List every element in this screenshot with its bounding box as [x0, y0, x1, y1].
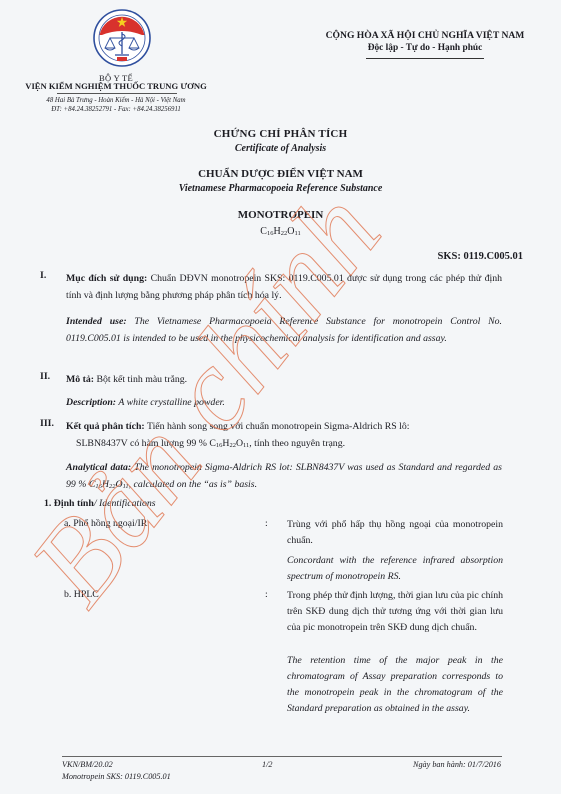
description-vi: Mô tả: Bột kết tinh màu trắng.: [66, 371, 502, 388]
institute-logo-icon: [92, 8, 152, 70]
section-number: II.: [40, 371, 50, 382]
ir-test-label: a. Phổ hồng ngoại/IR: [64, 518, 147, 529]
nation-name: CỘNG HÒA XÃ HỘI CHỦ NGHĨA VIỆT NAM: [290, 30, 560, 41]
document-reference: Monotropein SKS: 0119.C005.01: [62, 772, 171, 781]
identifications-heading: 1. Định tính/ Identifications: [44, 495, 156, 512]
page-number: 1/2: [262, 760, 272, 769]
institute-divider: [57, 93, 177, 94]
hplc-test-label: b. HPLC: [64, 589, 99, 600]
issue-date: Ngày ban hành: 01/7/2016: [413, 760, 501, 769]
intended-use-en: Intended use: The Vietnamese Pharmacopoe…: [66, 313, 502, 347]
section-number: I.: [40, 270, 46, 281]
description-en: Description: A white crystalline powder.: [66, 394, 502, 411]
institute-address: 48 Hai Bà Trưng - Hoàn Kiếm - Hà Nội - V…: [0, 97, 232, 104]
footer-divider: [62, 756, 502, 757]
substance-type-en: Vietnamese Pharmacopoeia Reference Subst…: [0, 183, 561, 194]
analysis-result-vi: Kết quả phân tích: Tiến hành song song v…: [66, 418, 506, 435]
certificate-page: BỘ Y TẾ VIỆN KIỂM NGHIỆM THUỐC TRUNG ƯƠN…: [0, 0, 561, 794]
intended-use-vi: Mục đích sử dụng: Chuẩn DĐVN monotropein…: [66, 270, 502, 304]
hplc-test-colon: :: [265, 589, 268, 600]
institute-name: VIỆN KIỂM NGHIỆM THUỐC TRUNG ƯƠNG: [0, 81, 232, 91]
analysis-result-vi-cont: SLBN8437V có hàm lượng 99 % C16H22O11, t…: [76, 435, 506, 452]
ir-test-colon: :: [265, 518, 268, 529]
motto-underline: [366, 58, 484, 59]
substance-type: CHUẨN DƯỢC ĐIỂN VIỆT NAM: [0, 168, 561, 180]
control-number: SKS: 0119.C005.01: [438, 251, 523, 262]
section-number: III.: [40, 418, 54, 429]
ir-result-en: Concordant with the reference infrared a…: [287, 553, 503, 585]
document-title-en: Certificate of Analysis: [0, 143, 561, 154]
substance-name: MONOTROPEIN: [0, 209, 561, 221]
hplc-result-vi: Trong phép thử định lượng, thời gian lưu…: [287, 588, 503, 636]
molecular-formula: C16H22O11: [0, 226, 561, 237]
ir-result-vi: Trùng với phổ hấp thụ hồng ngoại của mon…: [287, 517, 503, 549]
document-title: CHỨNG CHỈ PHÂN TÍCH: [0, 128, 561, 140]
analysis-result-en: Analytical data: The monotropein Sigma-A…: [66, 459, 502, 493]
national-motto: Độc lập - Tự do - Hạnh phúc: [290, 43, 560, 53]
form-code: VKN/BM/20.02: [62, 760, 113, 769]
hplc-result-en: The retention time of the major peak in …: [287, 653, 503, 717]
institute-phone-fax: ĐT: +84.24.38252791 - Fax: +84.24.382569…: [0, 106, 232, 113]
